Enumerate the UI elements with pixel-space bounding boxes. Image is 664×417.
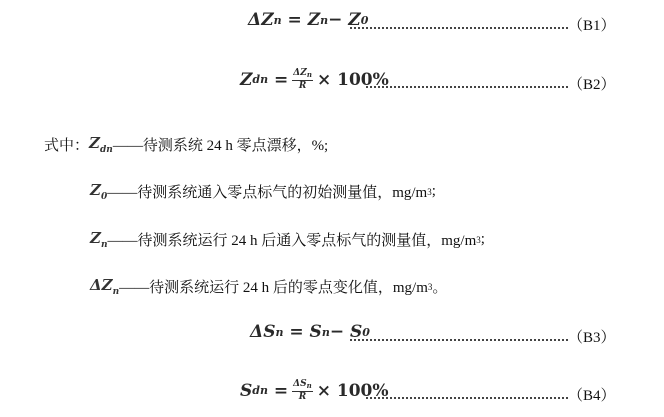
definition-delta-zn: ΔZn ——待测系统运行 24 h 后的零点变化值，mg/m3。 — [90, 276, 447, 297]
fraction: ΔZn R — [292, 68, 313, 91]
symbol-zdn: Zdn — [89, 134, 113, 155]
leader-dots-b4 — [366, 397, 568, 399]
definition-zdn: 式中： Zdn ——待测系统 24 h 零点漂移，%; — [44, 134, 328, 155]
equation-number-b1: （B1） — [568, 14, 616, 35]
leader-dots-b3 — [350, 339, 568, 341]
equation-number-b3: （B3） — [568, 326, 616, 347]
definition-text: ——待测系统运行 24 h 后通入零点标气的测量值，mg/m — [108, 229, 477, 250]
symbol-zn: Zn — [90, 229, 108, 250]
symbol-z0: Z0 — [90, 181, 107, 202]
definition-text: ——待测系统运行 24 h 后的零点变化值，mg/m — [119, 276, 428, 297]
definition-text: ——待测系统 24 h 零点漂移，%; — [113, 134, 328, 155]
leader-dots-b2 — [366, 86, 568, 88]
fraction: ΔSn R — [292, 379, 313, 402]
equation-number-b2: （B2） — [568, 73, 616, 94]
equation-number-b4: （B4） — [568, 384, 616, 405]
definition-text: ——待测系统通入零点标气的初始测量值，mg/m — [107, 181, 427, 202]
definition-z0: Z0 ——待测系统通入零点标气的初始测量值，mg/m3; — [90, 181, 436, 202]
definition-zn: Zn ——待测系统运行 24 h 后通入零点标气的测量值，mg/m3; — [90, 229, 485, 250]
leader-dots-b1 — [350, 27, 568, 29]
intro-label: 式中： — [44, 134, 89, 155]
symbol-delta-zn: ΔZn — [90, 276, 119, 297]
